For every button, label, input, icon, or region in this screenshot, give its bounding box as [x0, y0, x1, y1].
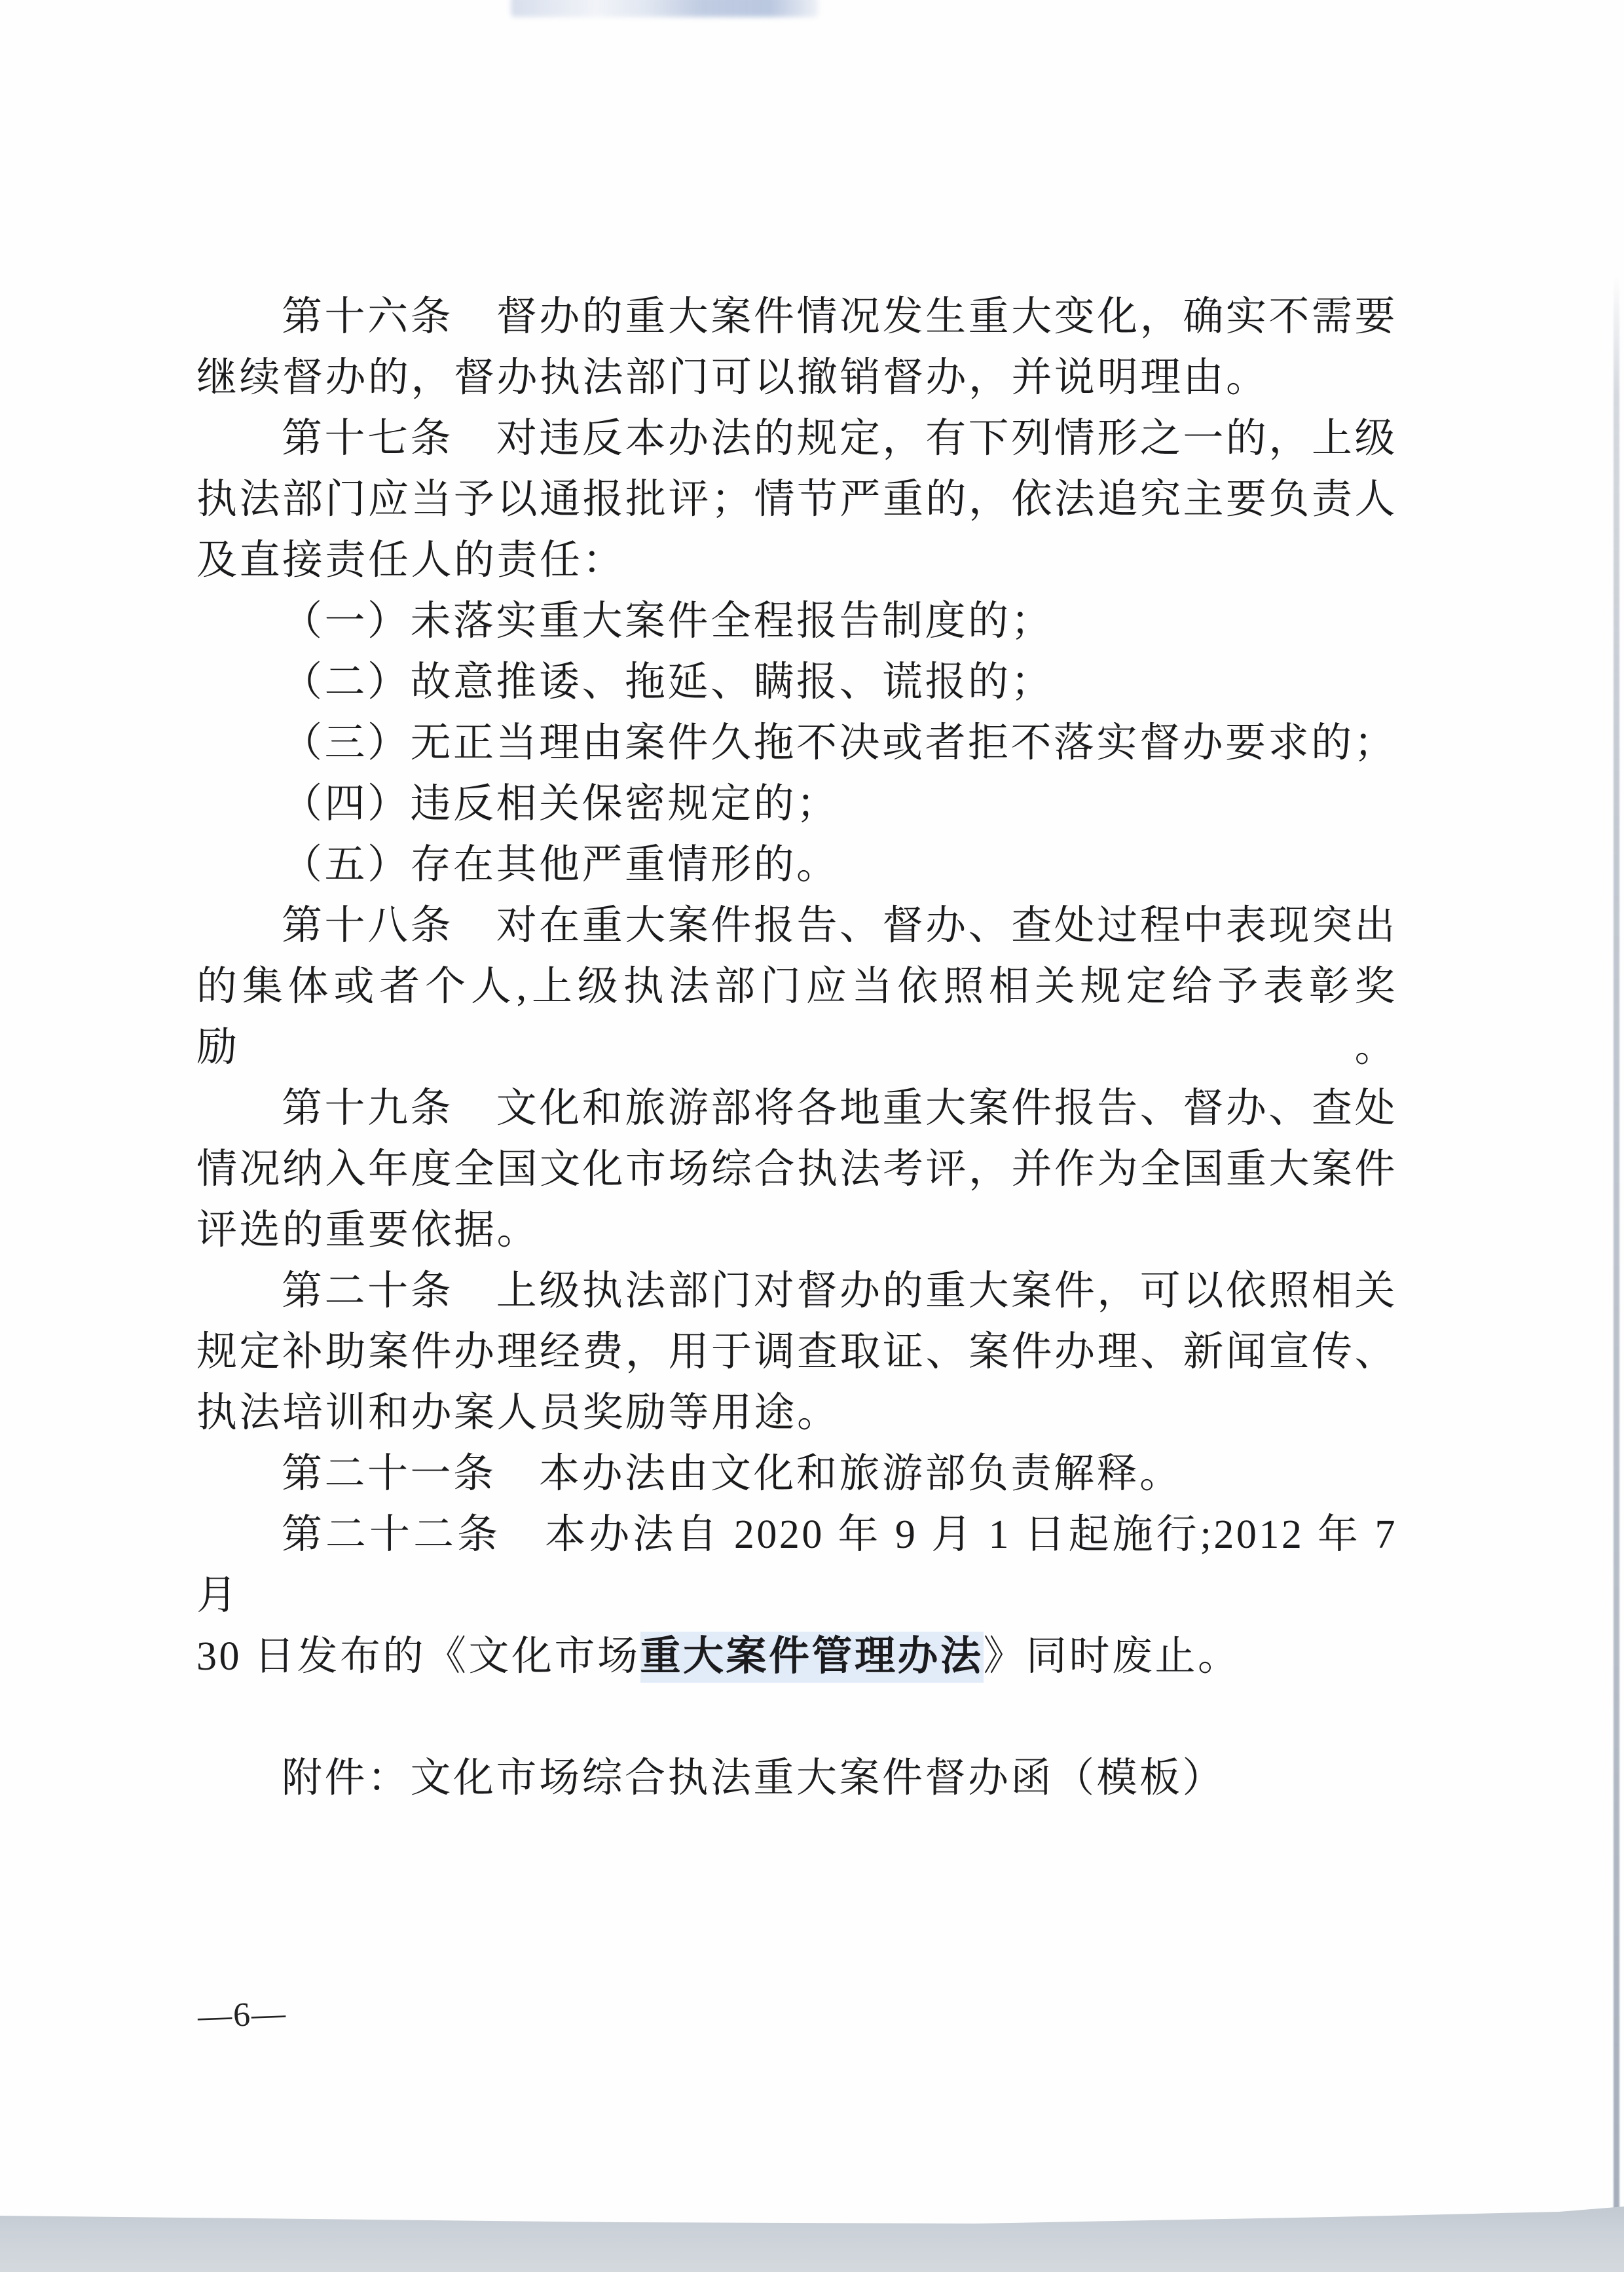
text-line: 评选的重要依据。	[196, 1200, 1397, 1261]
page-number: —6—	[197, 1994, 287, 2037]
page-edge-line	[1614, 275, 1619, 2272]
text-line: （一）未落实重大案件全程报告制度的；	[196, 591, 1397, 652]
text-line: 第二十条 上级执法部门对督办的重大案件，可以依照相关	[196, 1261, 1397, 1322]
text-line: 执法培训和办案人员奖励等用途。	[196, 1383, 1397, 1444]
text-line: 第二十二条 本办法自 2020 年 9 月 1 日起施行;2012 年 7 月	[196, 1505, 1397, 1626]
text-line: 及直接责任人的责任：	[196, 530, 1397, 591]
text-line: 执法部门应当予以通报批评；情节严重的，依法追究主要负责人	[196, 469, 1397, 530]
text-line: （四）违反相关保密规定的；	[196, 774, 1397, 835]
text-line: 30 日发布的《文化市场重大案件管理办法》同时废止。	[196, 1626, 1397, 1687]
text-line: 第十七条 对违反本办法的规定，有下列情形之一的，上级	[196, 409, 1397, 469]
text-line: 第十六条 督办的重大案件情况发生重大变化，确实不需要	[196, 287, 1397, 348]
text-segment: 》同时废止。	[984, 1634, 1241, 1679]
document-body-text: 第十六条 督办的重大案件情况发生重大变化，确实不需要继续督办的，督办执法部门可以…	[196, 287, 1397, 1809]
scanner-bed-shadow	[0, 2207, 1624, 2272]
text-line: 第二十一条 本办法由文化和旅游部负责解释。	[196, 1444, 1397, 1505]
text-line: （三）无正当理由案件久拖不决或者拒不落实督办要求的；	[196, 713, 1397, 774]
text-segment: 30 日发布的《文化市场	[196, 1634, 640, 1679]
scan-bleedthrough-smudge	[511, 0, 819, 17]
text-line: 情况纳入年度全国文化市场综合执法考评，并作为全国重大案件	[196, 1139, 1397, 1200]
text-line: （二）故意推诿、拖延、瞒报、谎报的；	[196, 652, 1397, 713]
search-highlight-text: 重大案件管理办法	[640, 1634, 984, 1679]
text-line: （五）存在其他严重情形的。	[196, 835, 1397, 896]
text-line: 附件：文化市场综合执法重大案件督办函（模板）	[196, 1748, 1397, 1809]
text-line: 第十八条 对在重大案件报告、督办、查处过程中表现突出	[196, 896, 1397, 957]
text-line: 规定补助案件办理经费，用于调查取证、案件办理、新闻宣传、	[196, 1322, 1397, 1383]
scanned-document-page: 第十六条 督办的重大案件情况发生重大变化，确实不需要继续督办的，督办执法部门可以…	[0, 0, 1624, 2272]
text-line: 的集体或者个人,上级执法部门应当依照相关规定给予表彰奖励。	[196, 957, 1397, 1078]
text-line: 第十九条 文化和旅游部将各地重大案件报告、督办、查处	[196, 1078, 1397, 1139]
text-line: 继续督办的，督办执法部门可以撤销督办，并说明理由。	[196, 348, 1397, 409]
